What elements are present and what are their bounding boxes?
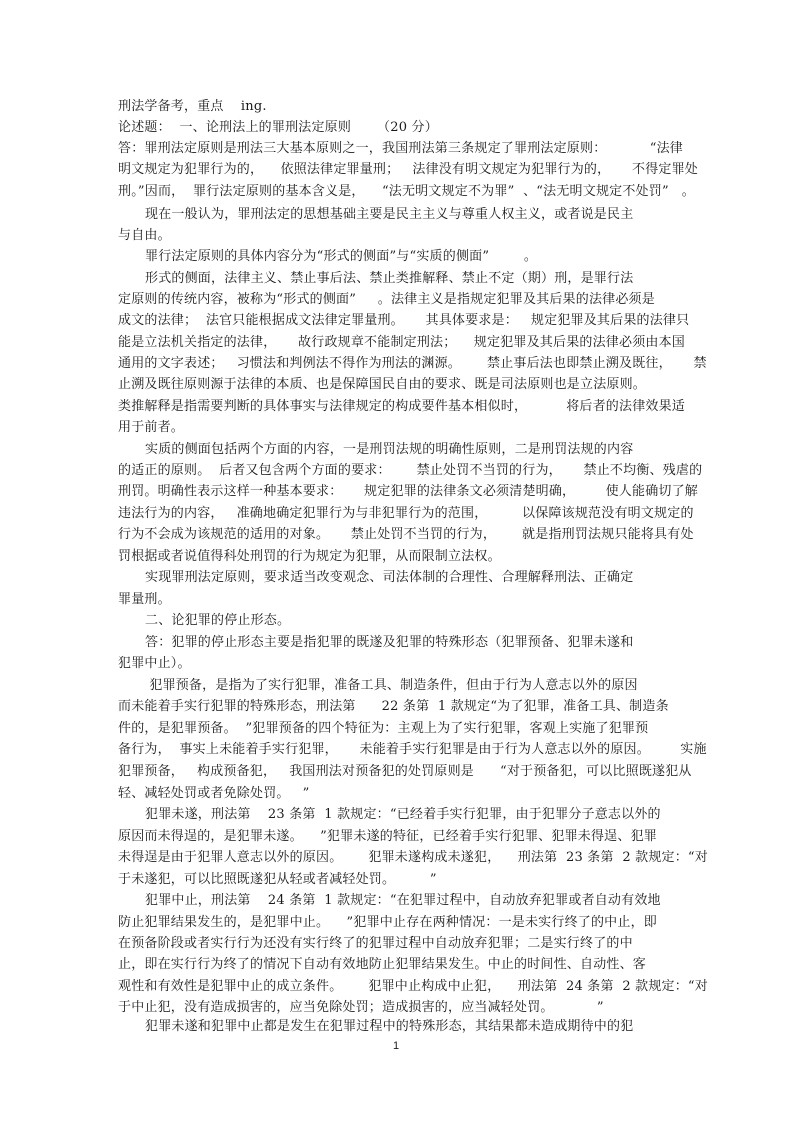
text-line: 未得逞是由于犯罪人意志以外的原因。 犯罪未遂构成未遂犯， 刑法第 23 条第 2… bbox=[118, 850, 708, 866]
text-line: 备行为， 事实上未能着手实行犯罪， 未能着手实行犯罪是由于行为人意志以外的原因。… bbox=[118, 742, 707, 758]
text-line: 止，即在实行行为终了的情况下自动有效地防止犯罪结果发生。中止的时间性、自动性、客 bbox=[118, 957, 646, 973]
text-line: 件的，是犯罪预备。 ”犯罪预备的四个特征为：主观上为了实行犯罪，客观上实施了犯罪… bbox=[118, 721, 648, 737]
page-number: 1 bbox=[393, 1040, 399, 1052]
text-line: 与自由。 bbox=[118, 228, 171, 244]
text-line: 论述题： 一、论刑法上的罪刑法定原则 （20 分） bbox=[118, 120, 438, 136]
text-line: 成文的法律； 法官只能根据成文法律定罪量刑。 其具体要求是： 规定犯罪及其后果的… bbox=[118, 313, 689, 329]
text-line: 防止犯罪结果发生的，是犯罪中止。 ”犯罪中止存在两种情况：一是未实行终了的中止，… bbox=[118, 915, 657, 931]
text-line: 通用的文字表述； 习惯法和判例法不得作为刑法的渊源。 禁止事后法也即禁止溯及既往… bbox=[118, 356, 707, 372]
text-line: 观性和有效性是犯罪中止的成立条件。 犯罪中止构成中止犯， 刑法第 24 条第 2… bbox=[118, 979, 708, 995]
text-line: 实现罪刑法定原则，要求适当改变观念、司法体制的合理性、合理解释刑法、正确定 bbox=[145, 570, 633, 586]
text-line: 答：犯罪的停止形态主要是指犯罪的既遂及犯罪的特殊形态（犯罪预备、犯罪未遂和 bbox=[145, 635, 633, 651]
document-page: 刑法学备考，重点 ing.论述题： 一、论刑法上的罪刑法定原则 （20 分）答：… bbox=[0, 0, 792, 1122]
text-line: 现在一般认为，罪刑法定的思想基础主要是民主主义与尊重人权主义，或者说是民主 bbox=[145, 207, 633, 223]
text-line: 止溯及既往原则源于法律的本质、也是保障国民自由的要求、既是司法原则也是立法原则。 bbox=[118, 377, 646, 393]
text-line: 轻、减轻处罚或者免除处罚。 ” bbox=[118, 786, 309, 802]
text-line: 而未能着手实行犯罪的特殊形态，刑法第 22 条第 1 款规定“为了犯罪，准备工具… bbox=[118, 699, 669, 715]
text-line: 犯罪未遂，刑法第 23 条第 1 款规定：“已经着手实行犯罪，由于犯罪分子意志以… bbox=[145, 807, 661, 823]
text-line: 行为不会成为该规范的适用的对象。 禁止处罚不当罚的行为， 就是指刑罚法规只能将具… bbox=[118, 527, 694, 543]
text-line: 定原则的传统内容，被称为“形式的侧面” 。法律主义是指规定犯罪及其后果的法律必须… bbox=[118, 292, 655, 308]
text-line: 用于前者。 bbox=[118, 420, 184, 436]
text-line: 犯罪预备，是指为了实行犯罪，准备工具、制造条件，但由于行为人意志以外的原因 bbox=[145, 678, 638, 694]
text-line: 的适正的原则。 后者又包含两个方面的要求： 禁止处罚不当罚的行为， 禁止不均衡、… bbox=[118, 463, 702, 479]
text-line: 罚根据或者说值得科处刑罚的行为规定为犯罪，从而限制立法权。 bbox=[118, 549, 501, 565]
text-line: 犯罪中止，刑法第 24 条第 1 款规定：“在犯罪过程中，自动放弃犯罪或者自动有… bbox=[145, 893, 661, 909]
text-line: 答：罪刑法定原则是刑法三大基本原则之一，我国刑法第三条规定了罪刑法定原则： “法… bbox=[118, 141, 683, 157]
text-line: 明文规定为犯罪行为的， 依照法律定罪量刑； 法律没有明文规定为犯罪行为的， 不得… bbox=[118, 162, 698, 178]
text-line: 犯罪中止）。 bbox=[118, 656, 191, 672]
text-line: 形式的侧面，法律主义、禁止事后法、禁止类推解释、禁止不定（期）刑，是罪行法 bbox=[145, 271, 633, 287]
text-line: 犯罪未遂和犯罪中止都是发生在犯罪过程中的特殊形态，其结果都未造成期待中的犯 bbox=[145, 1019, 633, 1035]
text-line: 实质的侧面包括两个方面的内容，一是刑罚法规的明确性原则，二是刑罚法规的内容 bbox=[145, 442, 633, 458]
text-line: 于中止犯，没有造成损害的，应当免除处罚；造成损害的，应当减轻处罚。 ” bbox=[118, 1000, 604, 1016]
text-line: 于未遂犯，可以比照既遂犯从轻或者减轻处罚。 ” bbox=[118, 872, 437, 888]
text-line: 能是立法机关指定的法律， 故行政规章不能制定刑法； 规定犯罪及其后果的法律必须由… bbox=[118, 335, 685, 351]
text-line: 类推解释是指需要判断的具体事实与法律规定的构成要件基本相似时， 将后者的法律效果… bbox=[118, 399, 685, 415]
text-line: 原因而未得逞的，是犯罪未遂。 ”犯罪未遂的特征，已经着手实行犯罪、犯罪未得逞、犯… bbox=[118, 829, 657, 845]
text-line: 刑。”因而， 罪行法定原则的基本含义是， “法无明文规定不为罪” 、“法无明文规… bbox=[118, 184, 695, 200]
text-line: 刑罚。明确性表示这样一种基本要求： 规定犯罪的法律条文必须清楚明确， 使人能确切… bbox=[118, 484, 698, 500]
text-line: 二、论犯罪的停止形态。 bbox=[145, 613, 290, 629]
text-line: 在预备阶段或者实行行为还没有实行终了的犯罪过程中自动放弃犯罪；二是实行终了的中 bbox=[118, 936, 633, 952]
text-line: 罪行法定原则的具体内容分为“形式的侧面”与“实质的侧面” 。 bbox=[145, 249, 537, 265]
text-line: 罪量刑。 bbox=[118, 592, 171, 608]
text-line: 违法行为的内容， 准确地确定犯罪行为与非犯罪行为的范围， 以保障该规范没有明文规… bbox=[118, 506, 694, 522]
text-line: 刑法学备考，重点 ing. bbox=[118, 99, 267, 115]
text-line: 犯罪预备， 构成预备犯， 我国刑法对预备犯的处罚原则是 “对于预备犯，可以比照既… bbox=[118, 764, 692, 780]
